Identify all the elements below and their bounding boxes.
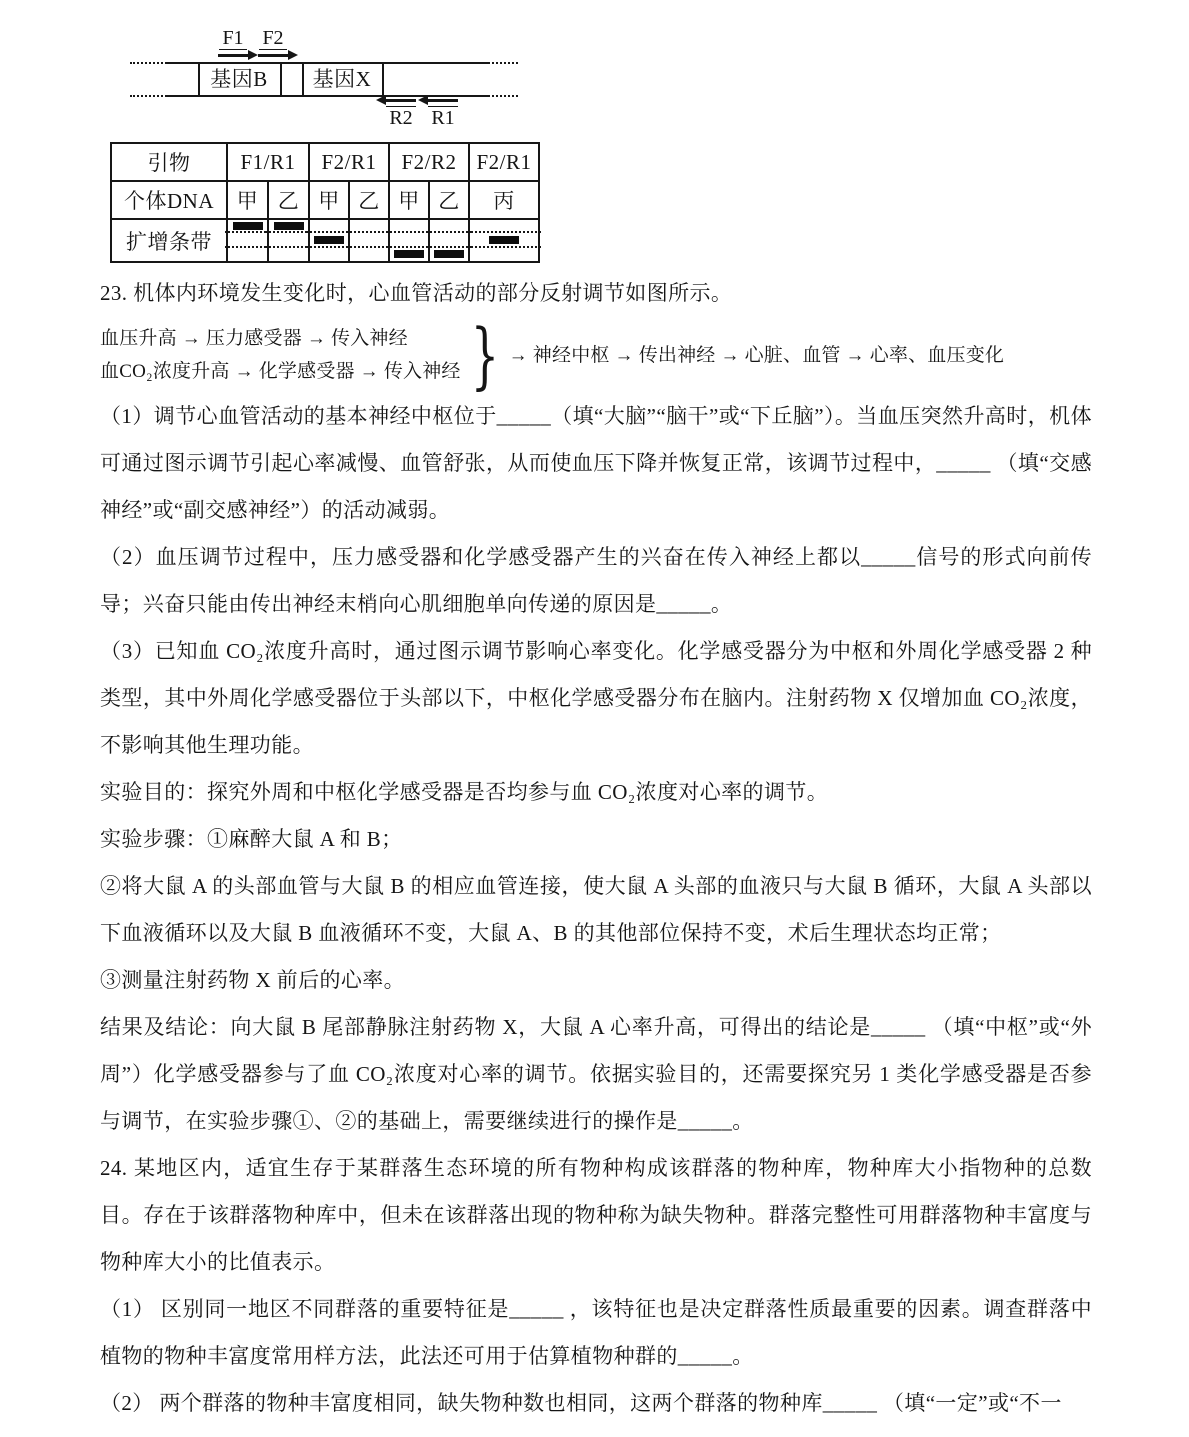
- q24-intro: 24. 某地区内，适宜生存于某群落生态环境的所有物种构成该群落的物种库，物种库大…: [100, 1145, 1092, 1286]
- dna-cell: 甲: [389, 181, 429, 219]
- table-row-amplified-bands: 扩增条带: [111, 219, 539, 262]
- dna-cell: 乙: [429, 181, 469, 219]
- dna-cell: 丙: [469, 181, 539, 219]
- gene-x-right-divider: [382, 62, 384, 95]
- flow-input-co2: 血CO₂浓度升高 → 化学感受器 → 传入神经: [100, 355, 461, 388]
- primer-col-f1r1: F1/R1: [227, 143, 309, 181]
- q24-part2: （2） 两个群落的物种丰富度相同，缺失物种数也相同，这两个群落的物种库_____…: [100, 1380, 1092, 1427]
- flow-brace: }: [470, 323, 499, 387]
- f1-right-arrow-icon: [218, 54, 248, 57]
- q23-intro: 23. 机体内环境发生变化时，心血管活动的部分反射调节如图所示。: [100, 270, 1092, 317]
- pcr-band: [489, 236, 519, 244]
- gene-b-label: 基因B: [198, 65, 280, 93]
- q23-reflex-flow-diagram: 血压升高 → 压力感受器 → 传入神经 血CO₂浓度升高 → 化学感受器 → 传…: [100, 317, 1092, 393]
- dna-strand-bottom-line: [167, 95, 488, 97]
- pcr-band: [394, 250, 424, 258]
- table-row-individual-dna: 个体DNA 甲 乙 甲 乙 甲 乙 丙: [111, 181, 539, 219]
- gene-b-right-divider: [280, 62, 282, 95]
- primer-f2-label: F2: [259, 28, 286, 50]
- band-row-label: 扩增条带: [111, 219, 227, 262]
- band-lane: [429, 219, 469, 262]
- table-row-primers: 引物 F1/R1 F2/R1 F2/R2 F2/R1: [111, 143, 539, 181]
- dna-strand-top-left-dots: [130, 62, 167, 64]
- band-lane: [389, 219, 429, 262]
- primer-r1-label: R1: [428, 106, 457, 128]
- dna-strand-bottom-right-dots: [488, 95, 518, 97]
- gene-x-label: 基因X: [302, 65, 382, 93]
- band-lane: [469, 219, 539, 262]
- dna-cell: 乙: [349, 181, 389, 219]
- primer-f1: F1: [218, 28, 248, 57]
- dna-cell: 乙: [268, 181, 309, 219]
- primer-r2-label: R2: [386, 106, 415, 128]
- flow-inputs: 血压升高 → 压力感受器 → 传入神经 血CO₂浓度升高 → 化学感受器 → 传…: [100, 322, 461, 388]
- exam-page: 基因B 基因X F1 F2 R2 R1 引物: [0, 0, 1189, 1437]
- q23-part3: （3）已知血 CO₂浓度升高时，通过图示调节影响心率变化。化学感受器分为中枢和外…: [100, 628, 1092, 769]
- q23-part1: （1）调节心血管活动的基本神经中枢位于_____（填“大脑”“脑干”或“下丘脑”…: [100, 393, 1092, 534]
- dna-row-label: 个体DNA: [111, 181, 227, 219]
- primer-r1: R1: [428, 99, 458, 128]
- band-lane: [268, 219, 309, 262]
- q23-experiment-purpose: 实验目的：探究外周和中枢化学感受器是否均参与血 CO₂浓度对心率的调节。: [100, 769, 1092, 816]
- gene-map-diagram: 基因B 基因X F1 F2 R2 R1: [130, 20, 522, 132]
- band-lane: [227, 219, 268, 262]
- dna-cell: 甲: [309, 181, 349, 219]
- r1-left-arrow-icon: [428, 99, 458, 102]
- flow-output: → 神经中枢 → 传出神经 → 心脏、血管 → 心率、血压变化: [509, 332, 1004, 379]
- pcr-band: [314, 236, 344, 244]
- pcr-band: [274, 222, 304, 230]
- q23-part2: （2）血压调节过程中，压力感受器和化学感受器产生的兴奋在传入神经上都以_____…: [100, 534, 1092, 628]
- q23-step2: ②将大鼠 A 的头部血管与大鼠 B 的相应血管连接，使大鼠 A 头部的血液只与大…: [100, 863, 1092, 957]
- dna-strand-top-right-dots: [488, 62, 518, 64]
- primer-col-f2r2: F2/R2: [389, 143, 469, 181]
- f2-right-arrow-icon: [258, 54, 288, 57]
- dna-strand-bottom-left-dots: [130, 95, 167, 97]
- pcr-result-table: 引物 F1/R1 F2/R1 F2/R2 F2/R1 个体DNA 甲 乙 甲 乙…: [110, 142, 540, 263]
- dna-cell: 甲: [227, 181, 268, 219]
- question-text-block: 23. 机体内环境发生变化时，心血管活动的部分反射调节如图所示。 血压升高 → …: [100, 270, 1092, 1427]
- dna-strand-top-line: [167, 62, 488, 64]
- band-lane: [309, 219, 349, 262]
- q23-conclusion: 结果及结论：向大鼠 B 尾部静脉注射药物 X，大鼠 A 心率升高，可得出的结论是…: [100, 1004, 1092, 1145]
- q23-step3: ③测量注射药物 X 前后的心率。: [100, 957, 1092, 1004]
- primer-f2: F2: [258, 28, 288, 57]
- primer-r2: R2: [386, 99, 416, 128]
- pcr-band: [434, 250, 464, 258]
- primer-row-label: 引物: [111, 143, 227, 181]
- q24-part1: （1） 区别同一地区不同群落的重要特征是_____ ，该特征也是决定群落性质最重…: [100, 1286, 1092, 1380]
- flow-input-blood-pressure: 血压升高 → 压力感受器 → 传入神经: [100, 322, 461, 355]
- primer-col-f2r1b: F2/R1: [469, 143, 539, 181]
- primer-f1-label: F1: [219, 28, 246, 50]
- r2-left-arrow-icon: [386, 99, 416, 102]
- q23-step1: 实验步骤：①麻醉大鼠 A 和 B；: [100, 816, 1092, 863]
- band-lane: [349, 219, 389, 262]
- pcr-band: [233, 222, 263, 230]
- primer-col-f2r1: F2/R1: [309, 143, 389, 181]
